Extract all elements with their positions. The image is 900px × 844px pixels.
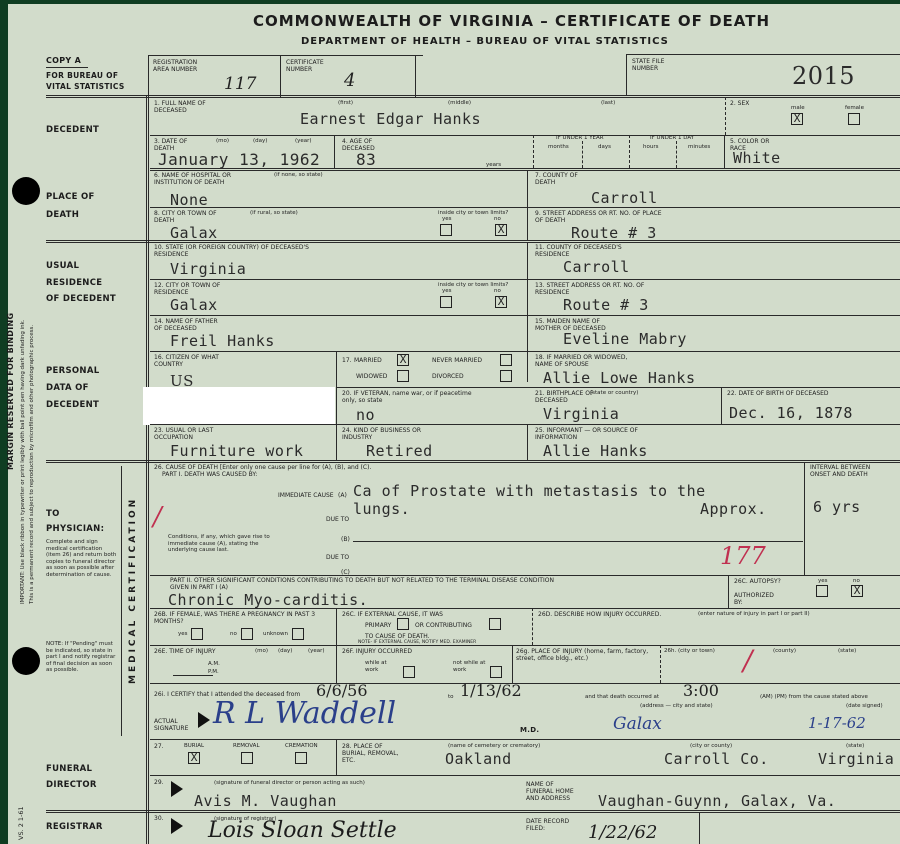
certificate-number-label: CERTIFICATE NUMBER [286, 59, 336, 73]
not-while-at-work-checkbox[interactable] [490, 666, 502, 678]
field-18-label: 18. IF MARRIED OR WIDOWED, NAME OF SPOUS… [535, 354, 645, 368]
business-industry: Retired [366, 442, 433, 460]
part1-label: PART I. DEATH WAS CAUSED BY: [162, 471, 257, 478]
funeral-home-value: Vaughan-Guynn, Galax, Va. [598, 792, 836, 810]
days-label: days [598, 144, 611, 151]
residence-inside-yes-checkbox[interactable] [440, 296, 452, 308]
minutes-label: minutes [688, 144, 710, 151]
cause-a-line2: lungs. [353, 500, 410, 518]
funeral-director-sig-hint: (signature of funeral director or person… [214, 780, 365, 787]
date-of-death: January 13, 1962 [158, 150, 320, 169]
death-inside-yes-checkbox[interactable] [440, 224, 452, 236]
state-of-residence: Virginia [170, 260, 246, 278]
cremation-label: CREMATION [285, 743, 318, 750]
pregnancy-yes-checkbox[interactable] [191, 628, 203, 640]
part2-value: Chronic Myo-carditis. [168, 591, 368, 609]
attended-to: 1/13/62 [460, 681, 522, 700]
address-hint: (address — city and state) [640, 703, 713, 710]
primary-label: PRIMARY [365, 622, 391, 629]
months-label: months [548, 144, 569, 151]
field-14-label: 14. NAME OF FATHER OF DECEASED [154, 318, 224, 332]
contributing-label: or CONTRIBUTING [415, 622, 472, 629]
death-inside-no-checkbox[interactable]: X [495, 224, 507, 236]
red-mark-2: / [743, 644, 752, 677]
burial-state: Virginia [818, 750, 894, 768]
county-of-death: Carroll [591, 189, 658, 207]
section-decedent: DECEDENT [46, 125, 99, 135]
form-id: VS. 2 1-61 [18, 806, 25, 840]
decedent-name: Earnest Edgar Hanks [300, 110, 481, 128]
field-17-label: 17. [342, 357, 352, 364]
field-26b-label: 26b. IF FEMALE, WAS THERE A PREGNANCY IN… [154, 611, 329, 625]
copy-label: COPY A [46, 56, 81, 65]
date-signed-hint: (date signed) [846, 703, 883, 710]
pending-note: NOTE: If "Pending" must be indicated, so… [46, 641, 118, 674]
md-label: M.D. [520, 726, 539, 734]
field-12-label: 12. CITY OR TOWN OF RESIDENCE [154, 282, 224, 296]
ampm-label: (AM) (PM) from the cause stated above [760, 694, 868, 701]
section-usual-residence: USUAL [46, 261, 79, 271]
cemetery-hint: (name of cemetery or crematory) [448, 743, 540, 750]
due-to-label: DUE TO [326, 516, 349, 523]
contributing-checkbox[interactable] [489, 618, 501, 630]
occupation: Furniture work [170, 442, 303, 460]
field-20-label: 20. IF VETERAN, name war, or if peacetim… [342, 390, 472, 404]
state-file-label: STATE FILE NUMBER [632, 58, 682, 72]
field-21-label: 21. BIRTHPLACE OF DECEASED [535, 390, 595, 404]
interval-label: INTERVAL BETWEEN ONSET AND DEATH [810, 464, 880, 478]
field-2-label: 2. SEX [730, 100, 749, 107]
field-26h-label: 26h. (city or town) [664, 648, 715, 655]
section-personal-data: PERSONAL [46, 366, 99, 376]
field-26d-label: 26d. DESCRIBE HOW INJURY OCCURRED. [538, 611, 661, 618]
age-of-deceased: 83 [356, 150, 376, 169]
binding-hole-2 [12, 647, 40, 675]
res-inside-yes-label: yes [442, 288, 452, 295]
death-certificate: COMMONWEALTH OF VIRGINIA – CERTIFICATE O… [8, 4, 900, 844]
section-usual-residence-2: RESIDENCE [46, 278, 102, 288]
interval-value: 6 yrs [813, 498, 861, 516]
arrow-marker-icon-3 [171, 818, 183, 834]
cause-code: 177 [720, 542, 766, 570]
section-director: DIRECTOR [46, 780, 97, 790]
married-label: MARRIED [354, 357, 382, 364]
section-funeral: FUNERAL [46, 764, 92, 774]
am-label: A.M. [208, 661, 220, 668]
birthplace: Virginia [543, 405, 619, 423]
widowed-checkbox[interactable] [397, 370, 409, 382]
copy-line2: FOR BUREAU OF [46, 71, 118, 80]
registration-area-value: 117 [224, 74, 256, 94]
field-11-label: 11. COUNTY OF DECEASED'S RESIDENCE [535, 244, 645, 258]
pregnancy-no-label: no [230, 631, 237, 638]
cemetery-name: Oakland [445, 750, 512, 768]
red-mark: / [153, 502, 162, 532]
autopsy-yes-label: yes [818, 578, 828, 585]
date-of-birth: Dec. 16, 1878 [729, 404, 853, 422]
field-8-label: 8. CITY OR TOWN OF DEATH [154, 210, 224, 224]
authorized-label: AUTHORIZED BY: [734, 592, 784, 606]
field-25-label: 25. INFORMANT — OR SOURCE OF INFORMATION [535, 427, 645, 441]
actual-signature-label: ACTUAL SIGNATURE [154, 718, 194, 732]
street-of-residence: Route # 3 [563, 296, 649, 314]
burial-state-hint: (state) [846, 743, 864, 750]
margin-reserved-label: MARGIN RESERVED FOR BINDING [6, 313, 15, 470]
name-last-hint: (last) [601, 100, 615, 107]
field-27-label: 27. [154, 743, 164, 750]
field-6-hint: (if none, so state) [274, 172, 323, 179]
divorced-checkbox[interactable] [500, 370, 512, 382]
field-1-label: 1. FULL NAME OF DECEASED [154, 100, 214, 114]
field-28-label: 28. PLACE OF BURIAL, REMOVAL, ETC. [342, 743, 402, 764]
name-middle-hint: (middle) [448, 100, 471, 107]
city-of-residence: Galax [170, 296, 218, 314]
under-year-label: IF UNDER 1 YEAR [556, 135, 604, 142]
section-to: TO [46, 509, 60, 519]
physician-note: Complete and sign medical certification … [46, 539, 118, 578]
burial-label: BURIAL [184, 743, 204, 750]
conditions-hint: Conditions, if any, which gave rise to i… [168, 534, 288, 554]
mother-maiden-name: Eveline Mabry [563, 330, 687, 348]
pregnancy-no-checkbox[interactable] [241, 628, 253, 640]
dod-day-hint: (day) [253, 138, 267, 145]
section-registrar: REGISTRAR [46, 822, 103, 832]
inside-yes-label: yes [442, 216, 452, 223]
margin-permanent-note: This is a permanent record and subject t… [29, 334, 36, 604]
physician-signature: R L Waddell [213, 696, 396, 731]
binding-hole [12, 177, 40, 205]
section-usual-residence-3: OF DECEDENT [46, 294, 116, 304]
section-personal-data-2: DATA OF [46, 383, 89, 393]
certificate-number-value: 4 [344, 70, 355, 91]
injury-mo-hint: (mo) [255, 648, 268, 655]
cause-approx: Approx. [700, 500, 767, 518]
removal-checkbox[interactable] [241, 752, 253, 764]
field-26e-label: 26e. TIME OF INJURY [154, 648, 216, 655]
burial-checkbox[interactable]: X [188, 752, 200, 764]
death-occurred-label: and that death occurred at [585, 694, 659, 701]
field-7-label: 7. COUNTY OF DEATH [535, 172, 595, 186]
sex-female-checkbox[interactable] [848, 113, 860, 125]
arrow-marker-icon-2 [171, 781, 183, 797]
autopsy-label: 26c. AUTOPSY? [734, 578, 781, 585]
autopsy-yes-checkbox[interactable] [816, 585, 828, 597]
cause-b-label: (B) [341, 536, 350, 543]
father-name: Freil Hanks [170, 332, 275, 350]
sex-male-label: male [791, 105, 805, 112]
never-married-label: NEVER MARRIED [432, 357, 482, 364]
to-label: to [448, 694, 454, 701]
registrar-signature: Lois Sloan Settle [208, 818, 397, 843]
field-10-label: 10. STATE (OR FOREIGN COUNTRY) OF DECEAS… [154, 244, 314, 258]
sex-female-label: female [845, 105, 864, 112]
injury-state-hint: (state) [838, 648, 856, 655]
immediate-cause-label: IMMEDIATE CAUSE [278, 492, 334, 499]
injury-year-hint: (year) [308, 648, 325, 655]
pregnancy-unknown-checkbox[interactable] [292, 628, 304, 640]
field-29-label: 29. [154, 779, 164, 786]
field-22-label: 22. DATE OF BIRTH OF DECEASED [727, 390, 837, 397]
while-at-work-checkbox[interactable] [403, 666, 415, 678]
county-of-residence: Carroll [563, 258, 630, 276]
autopsy-no-checkbox[interactable]: X [851, 585, 863, 597]
residence-inside-no-checkbox[interactable]: X [495, 296, 507, 308]
spouse-name: Allie Lowe Hanks [543, 369, 696, 387]
margin-important-note: IMPORTANT: Use black ribbon in typewrite… [20, 334, 27, 604]
arrow-marker-icon [198, 712, 210, 728]
field-26g-label: 26g. PLACE OF INJURY (home, farm, factor… [516, 648, 656, 662]
veteran-status: no [356, 406, 375, 424]
state-file-value: 2015 [792, 62, 855, 90]
field-26d-hint: (enter nature of injury in part I or par… [698, 611, 810, 618]
field-8-hint: (if rural, so state) [250, 210, 298, 217]
divorced-label: DIVORCED [432, 373, 464, 380]
registration-area-label: REGISTRATION AREA NUMBER [153, 59, 213, 73]
cause-a-label: (A) [338, 492, 347, 499]
inside-no-label: no [494, 216, 501, 223]
death-time: 3:00 [683, 681, 719, 700]
section-place-of-death: PLACE OF [46, 192, 95, 202]
section-physician: PHYSICIAN: [46, 524, 104, 534]
while-at-work-label: while at work [365, 660, 395, 673]
funeral-home-label: NAME OF FUNERAL HOME AND ADDRESS [526, 781, 581, 802]
cause-of-death-label: 26. CAUSE OF DEATH [Enter only one cause… [154, 464, 371, 471]
to-cause-label: TO CAUSE OF DEATH. [365, 633, 430, 640]
cause-a-line1: Ca of Prostate with metastasis to the [353, 482, 706, 500]
section-place-of-death-2: DEATH [46, 210, 79, 220]
medical-certification-label: MEDICAL CERTIFICATION [128, 497, 138, 684]
field-23-label: 23. USUAL OR LAST OCCUPATION [154, 427, 224, 441]
burial-city-hint: (city or county) [690, 743, 732, 750]
cremation-checkbox[interactable] [295, 752, 307, 764]
dod-mo-hint: (mo) [216, 138, 229, 145]
due-to-label-2: DUE TO [326, 554, 349, 561]
date-filed-label: DATE RECORD FILED: [526, 818, 576, 832]
res-inside-no-label: no [494, 288, 501, 295]
widowed-label: WIDOWED [356, 373, 387, 380]
redacted-field [143, 387, 335, 425]
pregnancy-yes-label: yes [178, 631, 188, 638]
removal-label: REMOVAL [233, 743, 260, 750]
field-6-label: 6. NAME OF HOSPITAL OR INSTITUTION OF DE… [154, 172, 254, 186]
injury-day-hint: (day) [278, 648, 292, 655]
field-26c-label: 26c. IF EXTERNAL CAUSE, IT WAS [342, 611, 443, 618]
physician-address: Galax [613, 714, 662, 734]
under-day-label: IF UNDER 1 DAY [650, 135, 694, 142]
pregnancy-unknown-label: unknown [263, 631, 288, 638]
name-first-hint: (first) [338, 100, 353, 107]
field-16-label: 16. CITIZEN OF WHAT COUNTRY [154, 354, 224, 368]
part2-label: PART II. OTHER SIGNIFICANT CONDITIONS CO… [170, 577, 570, 591]
field-13-label: 13. STREET ADDRESS OR RT. NO. OF RESIDEN… [535, 282, 655, 296]
married-checkbox[interactable]: X [397, 354, 409, 366]
hours-label: hours [643, 144, 658, 151]
date-signed: 1-17-62 [808, 714, 866, 732]
burial-city: Carroll Co. [664, 750, 769, 768]
informant: Allie Hanks [543, 442, 648, 460]
dod-year-hint: (year) [295, 138, 312, 145]
certificate-title: COMMONWEALTH OF VIRGINIA – CERTIFICATE O… [253, 12, 770, 30]
funeral-director-name: Avis M. Vaughan [194, 792, 337, 810]
primary-checkbox[interactable] [397, 618, 409, 630]
sex-male-checkbox[interactable]: X [791, 113, 803, 125]
field-21-hint: (state or country) [590, 390, 638, 397]
field-26f-label: 26f. INJURY OCCURRED [342, 648, 412, 655]
never-married-checkbox[interactable] [500, 354, 512, 366]
date-filed: 1/22/62 [588, 822, 657, 843]
field-24-label: 24. KIND OF BUSINESS OR INDUSTRY [342, 427, 422, 441]
field-9-label: 9. STREET ADDRESS OR RT. NO. OF PLACE OF… [535, 210, 665, 224]
certificate-subtitle: DEPARTMENT OF HEALTH – BUREAU OF VITAL S… [301, 36, 669, 47]
not-while-at-work-label: not while at work [453, 660, 487, 673]
section-personal-data-3: DECEDENT [46, 400, 99, 410]
field-30-label: 30. [154, 815, 164, 822]
injury-county-hint: (county) [773, 648, 796, 655]
copy-line3: VITAL STATISTICS [46, 82, 125, 91]
color-or-race: White [733, 149, 781, 167]
